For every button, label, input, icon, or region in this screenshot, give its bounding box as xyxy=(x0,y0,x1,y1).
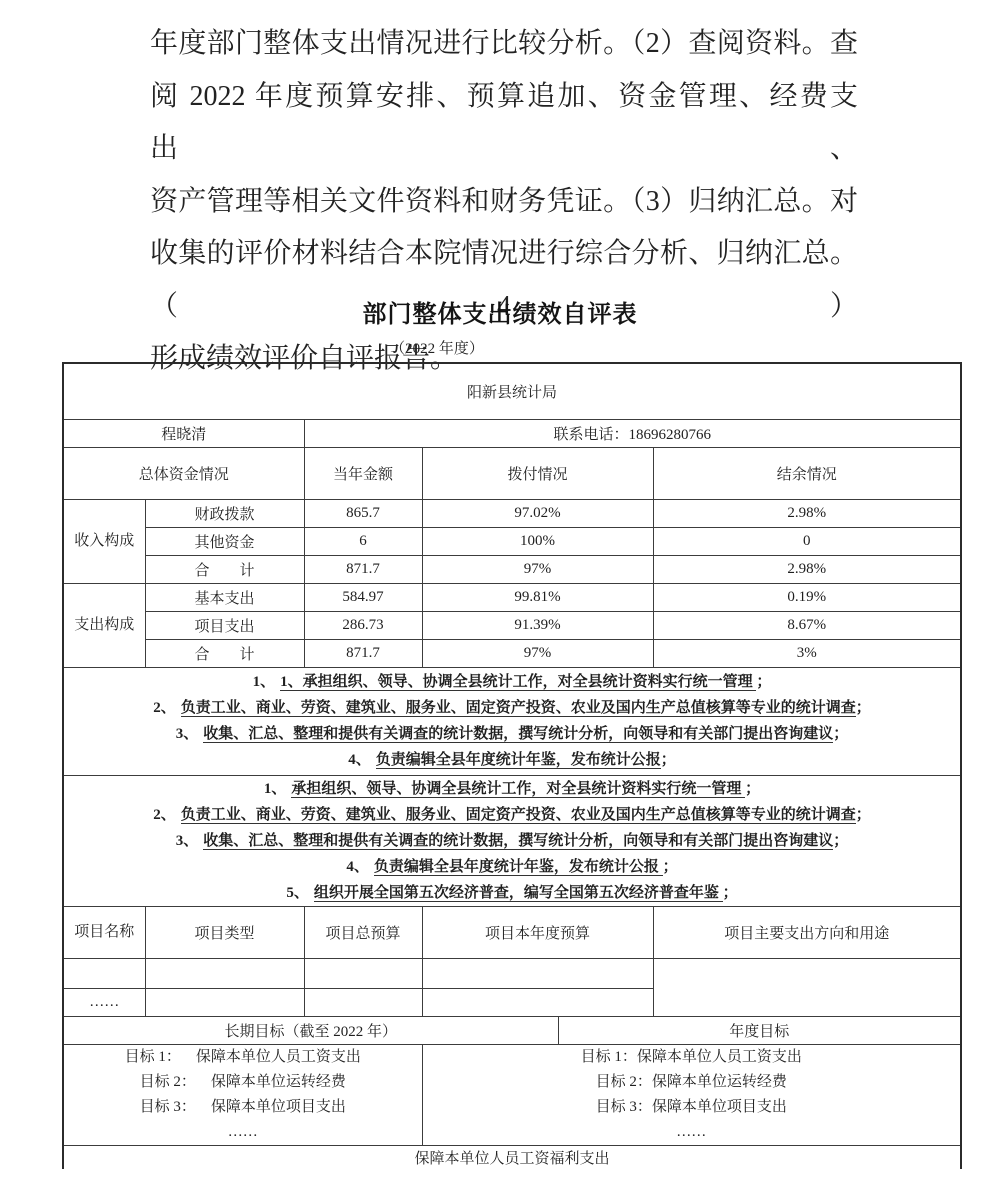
project-year-budget-cell xyxy=(422,958,653,988)
row-balance: 0.19% xyxy=(653,583,961,611)
goal-line: …… xyxy=(431,1120,953,1145)
row-label: 财政拨款 xyxy=(145,499,304,527)
row-amount: 865.7 xyxy=(304,499,422,527)
expenditure-row: 项目支出 286.73 91.39% 8.67% xyxy=(63,611,961,639)
duties-block2-row: 1、承担组织、领导、协调全县统计工作，对全县统计资料实行统一管理 ； 2、负责工… xyxy=(63,775,961,906)
income-group-label: 收入构成 xyxy=(63,499,145,583)
goal-line: 目标 2： 保障本单位运转经费 xyxy=(72,1070,414,1095)
row-label: 合 计 xyxy=(145,639,304,667)
income-row: 收入构成 财政拨款 865.7 97.02% 2.98% xyxy=(63,499,961,527)
header-project-year-budget: 项目本年度预算 xyxy=(422,906,653,958)
goal-line: 目标 3： 保障本单位项目支出 xyxy=(72,1095,414,1120)
goal-line: …… xyxy=(72,1120,414,1145)
row-balance: 2.98% xyxy=(653,555,961,583)
row-allocation: 97.02% xyxy=(422,499,653,527)
row-amount: 871.7 xyxy=(304,639,422,667)
duty-item: 4、负责编辑全县年度统计年鉴，发布统计公报 ； xyxy=(72,854,952,880)
row-amount: 6 xyxy=(304,527,422,555)
header-long-term-goal: 长期目标（截至 2022 年） xyxy=(63,1016,558,1044)
goal-line: 目标 1：保障本单位人员工资支出 xyxy=(431,1045,953,1070)
row-allocation: 91.39% xyxy=(422,611,653,639)
project-year-budget-cell xyxy=(422,988,653,1016)
row-amount: 584.97 xyxy=(304,583,422,611)
row-balance: 0 xyxy=(653,527,961,555)
duty-item: 3、收集、汇总、整理和提供有关调查的统计数据，撰写统计分析，向领导和有关部门提出… xyxy=(72,721,952,747)
document-page: 年度部门整体支出情况进行比较分析。（2）查阅资料。查 阅 2022 年度预算安排… xyxy=(0,0,1000,1201)
row-label: 项目支出 xyxy=(145,611,304,639)
duty-item: 5、组织开展全国第五次经济普查，编写全国第五次经济普查年鉴 ； xyxy=(72,880,952,906)
project-data-row xyxy=(63,958,961,988)
duties-block1-row: 1、1、承担组织、领导、协调全县统计工作，对全县统计资料实行统一管理 ； 2、负… xyxy=(63,667,961,775)
project-name-cell xyxy=(63,958,145,988)
row-balance: 8.67% xyxy=(653,611,961,639)
goal-footer-cell: 保障本单位人员工资福利支出 xyxy=(63,1145,961,1169)
duty-item: 3、收集、汇总、整理和提供有关调查的统计数据，撰写统计分析，向领导和有关部门提出… xyxy=(72,828,952,854)
duty-item: 2、负责工业、商业、劳资、建筑业、服务业、固定资产投资、农业及国内生产总值核算等… xyxy=(72,695,952,721)
unit-name-cell: 阳新县统计局 xyxy=(63,363,961,419)
header-project-type: 项目类型 xyxy=(145,906,304,958)
contact-phone-cell: 联系电话：18696280766 xyxy=(304,419,961,447)
document-title: 部门整体支出绩效自评表 xyxy=(0,294,1000,329)
expenditure-row: 合 计 871.7 97% 3% xyxy=(63,639,961,667)
goal-footer-row: 保障本单位人员工资福利支出 xyxy=(63,1145,961,1169)
row-amount: 286.73 xyxy=(304,611,422,639)
duties-block1-cell: 1、1、承担组织、领导、协调全县统计工作，对全县统计资料实行统一管理 ； 2、负… xyxy=(63,667,961,775)
header-annual-goal: 年度目标 xyxy=(558,1016,961,1044)
header-project-total-budget: 项目总预算 xyxy=(304,906,422,958)
project-total-budget-cell xyxy=(304,958,422,988)
row-label: 基本支出 xyxy=(145,583,304,611)
income-row: 合 计 871.7 97% 2.98% xyxy=(63,555,961,583)
income-row: 其他资金 6 100% 0 xyxy=(63,527,961,555)
document-subtitle: （2022 年度） xyxy=(0,337,874,358)
goal-line: 目标 2：保障本单位运转经费 xyxy=(431,1070,953,1095)
expenditure-row: 支出构成 基本支出 584.97 99.81% 0.19% xyxy=(63,583,961,611)
project-type-cell xyxy=(145,988,304,1016)
expenditure-group-label: 支出构成 xyxy=(63,583,145,667)
row-label: 其他资金 xyxy=(145,527,304,555)
annual-goals-cell: 目标 1：保障本单位人员工资支出 目标 2：保障本单位运转经费 目标 3：保障本… xyxy=(422,1044,961,1145)
contact-name-cell: 程晓清 xyxy=(63,419,304,447)
header-balance: 结余情况 xyxy=(653,447,961,499)
duty-item: 1、承担组织、领导、协调全县统计工作，对全县统计资料实行统一管理 ； xyxy=(72,776,952,802)
self-eval-table: 阳新县统计局 程晓清 联系电话：18696280766 总体资金情况 当年金额 … xyxy=(62,362,962,1169)
duty-item: 2、负责工业、商业、劳资、建筑业、服务业、固定资产投资、农业及国内生产总值核算等… xyxy=(72,802,952,828)
contact-row: 程晓清 联系电话：18696280766 xyxy=(63,419,961,447)
project-header-row: 项目名称 项目类型 项目总预算 项目本年度预算 项目主要支出方向和用途 xyxy=(63,906,961,958)
goals-header-row: 长期目标（截至 2022 年） 年度目标 xyxy=(63,1016,961,1044)
funds-header-row: 总体资金情况 当年金额 拨付情况 结余情况 xyxy=(63,447,961,499)
project-name-cell: …… xyxy=(63,988,145,1016)
long-term-goals-cell: 目标 1： 保障本单位人员工资支出 目标 2： 保障本单位运转经费 目标 3： … xyxy=(63,1044,422,1145)
row-allocation: 100% xyxy=(422,527,653,555)
row-allocation: 99.81% xyxy=(422,583,653,611)
row-balance: 2.98% xyxy=(653,499,961,527)
body-paragraph: 年度部门整体支出情况进行比较分析。（2）查阅资料。查 阅 2022 年度预算安排… xyxy=(150,18,858,386)
duties-block2-cell: 1、承担组织、领导、协调全县统计工作，对全县统计资料实行统一管理 ； 2、负责工… xyxy=(63,775,961,906)
header-amount: 当年金额 xyxy=(304,447,422,499)
paragraph-line: 年度部门整体支出情况进行比较分析。（2）查阅资料。查 xyxy=(150,18,858,71)
unit-row: 阳新县统计局 xyxy=(63,363,961,419)
goal-line: 目标 3：保障本单位项目支出 xyxy=(431,1095,953,1120)
header-allocation: 拨付情况 xyxy=(422,447,653,499)
duty-item: 1、1、承担组织、领导、协调全县统计工作，对全县统计资料实行统一管理 ； xyxy=(72,669,952,695)
goals-row: 目标 1： 保障本单位人员工资支出 目标 2： 保障本单位运转经费 目标 3： … xyxy=(63,1044,961,1145)
goal-line: 目标 1： 保障本单位人员工资支出 xyxy=(72,1045,414,1070)
row-label: 合 计 xyxy=(145,555,304,583)
row-amount: 871.7 xyxy=(304,555,422,583)
header-project-usage: 项目主要支出方向和用途 xyxy=(653,906,961,958)
header-project-name: 项目名称 xyxy=(63,906,145,958)
header-overall-funds: 总体资金情况 xyxy=(63,447,304,499)
row-allocation: 97% xyxy=(422,639,653,667)
row-balance: 3% xyxy=(653,639,961,667)
row-allocation: 97% xyxy=(422,555,653,583)
duty-item: 4、负责编辑全县年度统计年鉴，发布统计公报； xyxy=(72,747,952,773)
project-usage-cell xyxy=(653,958,961,1016)
paragraph-line: 阅 2022 年度预算安排、预算追加、资金管理、经费支出、 xyxy=(150,71,858,176)
project-type-cell xyxy=(145,958,304,988)
paragraph-line: 资产管理等相关文件资料和财务凭证。（3）归纳汇总。对 xyxy=(150,176,858,229)
project-total-budget-cell xyxy=(304,988,422,1016)
